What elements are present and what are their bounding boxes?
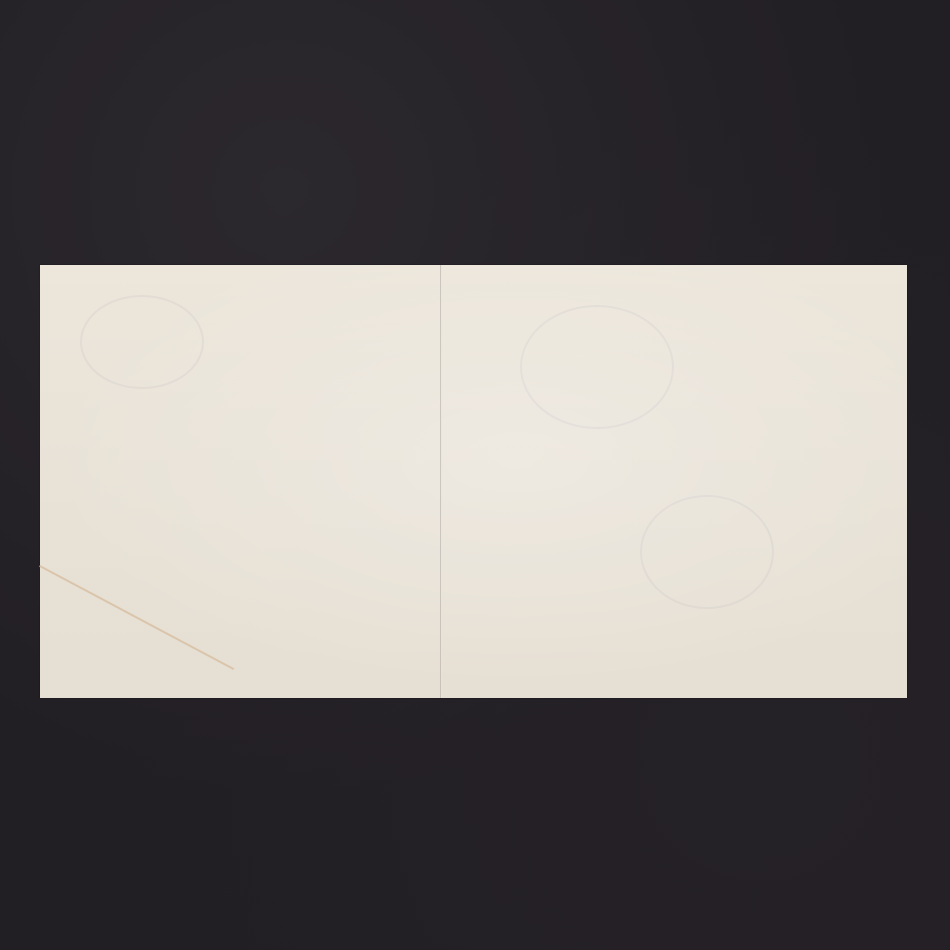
banknote-reverse xyxy=(40,265,907,698)
vertical-fold-line xyxy=(440,265,442,698)
show-through-pattern xyxy=(640,495,774,609)
diagonal-crease xyxy=(39,565,234,670)
show-through-pattern xyxy=(520,305,674,429)
show-through-pattern xyxy=(80,295,204,389)
